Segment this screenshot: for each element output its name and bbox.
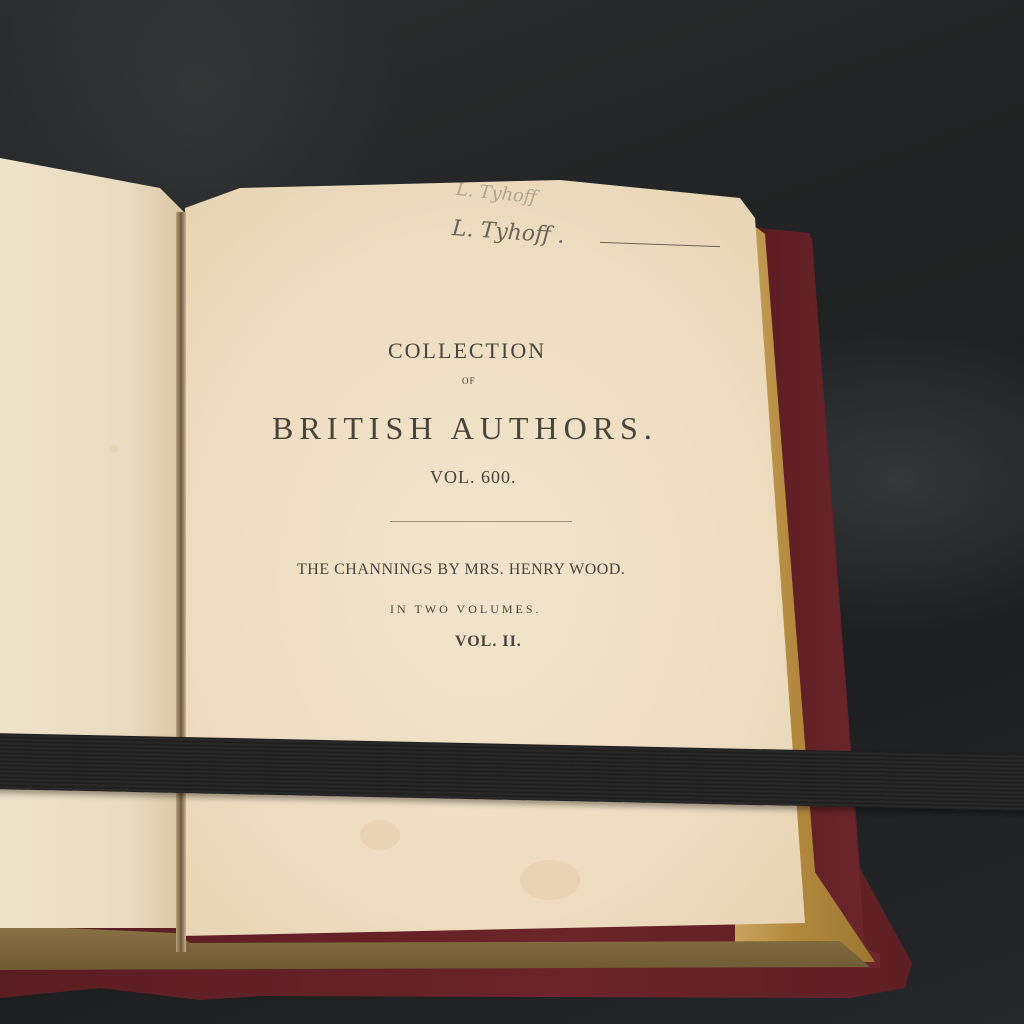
title-collection: COLLECTION bbox=[388, 338, 546, 364]
title-british-authors: BRITISH AUTHORS. bbox=[272, 410, 658, 447]
title-divider bbox=[390, 521, 572, 522]
foxing-spot bbox=[520, 860, 580, 900]
title-of: OF bbox=[462, 376, 476, 386]
volume-number: VOL. II. bbox=[455, 633, 522, 651]
book-gutter bbox=[176, 212, 186, 952]
right-page-title-page bbox=[180, 178, 815, 938]
foxing-spot bbox=[110, 445, 118, 453]
series-volume: VOL. 600. bbox=[430, 467, 517, 488]
book-title-author: THE CHANNINGS BY MRS. HENRY WOOD. bbox=[297, 561, 625, 579]
foxing-spot bbox=[360, 820, 400, 850]
left-page bbox=[0, 158, 185, 928]
volume-count: IN TWO VOLUMES. bbox=[390, 602, 542, 617]
